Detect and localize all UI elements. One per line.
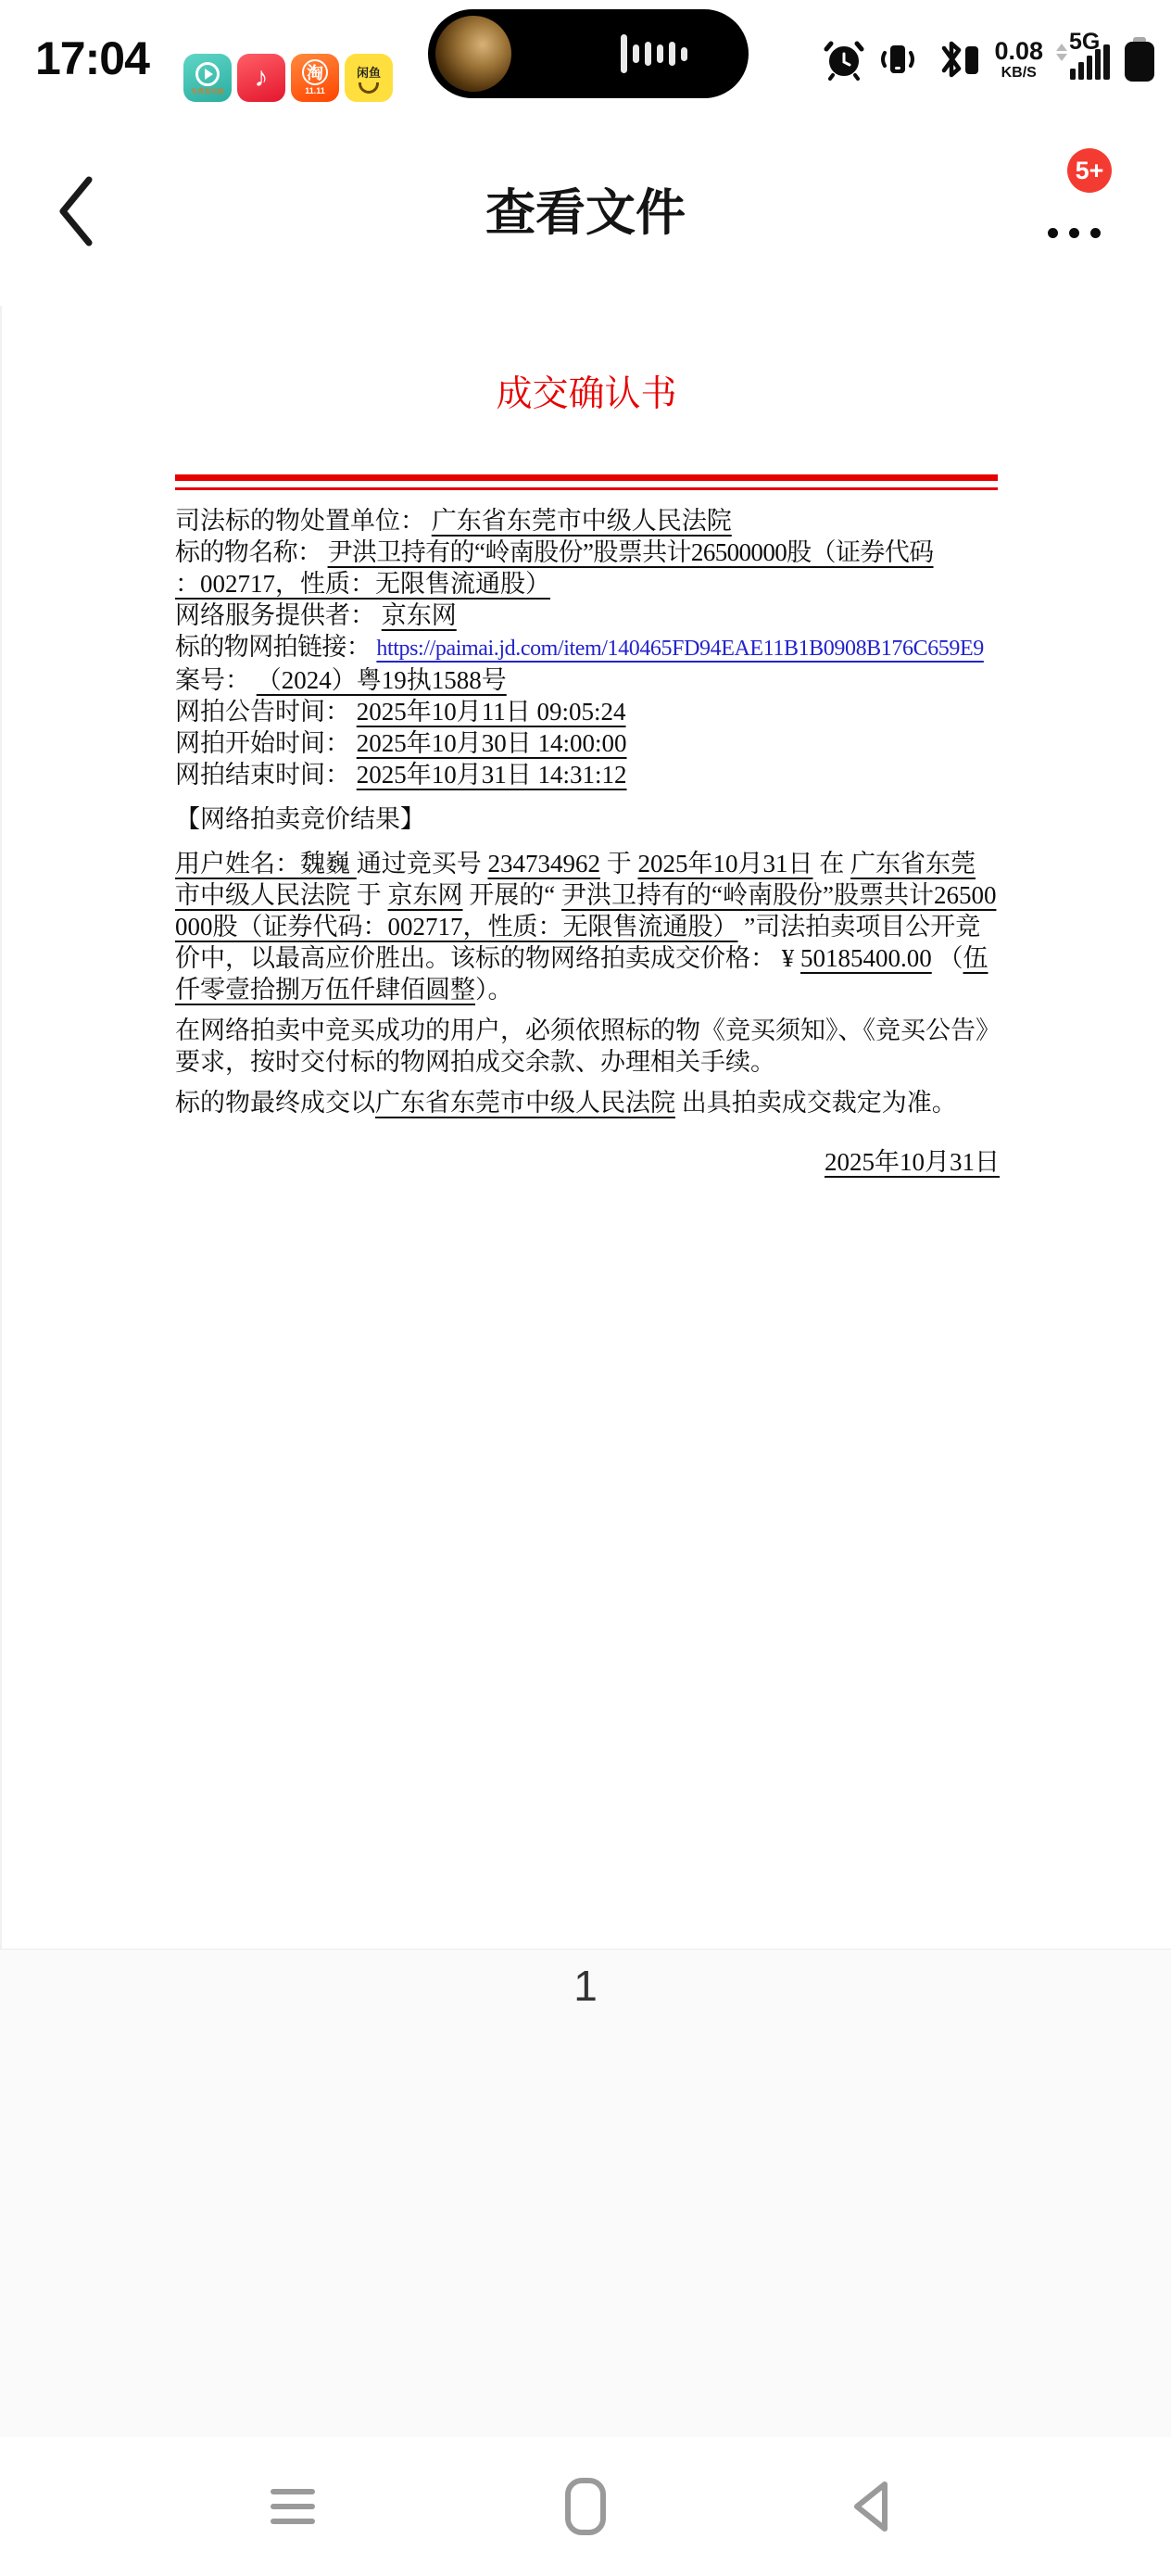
underlined-value: 50185400.00 (800, 944, 932, 972)
video-app-caption: 免费看短剧 (191, 87, 224, 97)
doc-text: 出具拍卖成交裁定为准。 (675, 1089, 957, 1117)
para-final: 标的物最终成交以广东省东莞市中级人民法院 出具拍卖成交裁定为准。 (175, 1087, 1000, 1118)
page-title: 查看文件 (0, 120, 1171, 306)
doc-text: 标的物名称： (175, 538, 328, 566)
underlined-value: 2025年10月11日 09:05:24 (357, 698, 626, 726)
network-speed-unit: KB/S (994, 66, 1043, 81)
underlined-value: 尹洪卫持有的“岭南股份”股票共计26500000股（证券代码 (328, 538, 934, 566)
doc-text: （ (932, 944, 963, 972)
data-arrows-icon (1056, 44, 1067, 61)
notification-badge: 5+ (1067, 148, 1112, 193)
line-announce-time: 网拍公告时间： 2025年10月11日 09:05:24 (175, 696, 1000, 727)
music-note-icon: ♪ (255, 64, 269, 92)
underlined-value: 2025年10月31日 14:31:12 (357, 761, 627, 789)
more-menu-button[interactable] (1048, 228, 1101, 238)
page-number: 1 (573, 1961, 598, 2011)
doc-text: 于 (600, 850, 638, 878)
doc-text: 【网络拍卖竞价结果】 (175, 805, 425, 833)
back-button[interactable] (56, 174, 96, 253)
line-signature-date: 2025年10月31日 (175, 1146, 1000, 1178)
status-bar: 17:04 免费看短剧 ♪ 淘 11.11 闲鱼 (0, 0, 1171, 120)
line-subject-name-cont: ：002717，性质：无限售流通股） (175, 568, 1000, 600)
audio-waveform-icon (621, 34, 687, 73)
android-back-button[interactable] (797, 2437, 945, 2576)
camera-cutout-media-widget[interactable] (428, 9, 749, 98)
play-icon (195, 62, 220, 86)
home-button[interactable] (511, 2437, 660, 2576)
underlined-value: 2025年10月30日 14:00:00 (357, 729, 627, 757)
underlined-value: 用户姓名：魏巍 (175, 850, 357, 878)
document-title: 成交确认书 (2, 371, 1171, 419)
underlined-value: （2024）粤19执1588号 (257, 666, 507, 694)
rule-thin (175, 487, 998, 490)
document-body: 司法标的物处置单位： 广东省东莞市中级人民法院标的物名称： 尹洪卫持有的“岭南股… (175, 505, 1000, 1178)
doc-text: 开展的“ (463, 881, 561, 909)
line-start-time: 网拍开始时间： 2025年10月30日 14:00:00 (175, 727, 1000, 759)
document-page: 成交确认书 司法标的物处置单位： 广东省东莞市中级人民法院标的物名称： 尹洪卫持… (0, 306, 1171, 1949)
cellular-signal: 5G (1056, 40, 1110, 80)
line-result-header: 【网络拍卖竞价结果】 (175, 803, 1000, 835)
underlined-value: 广东省东莞市中级人民法院 (432, 507, 732, 535)
music-app-icon: ♪ (237, 54, 285, 102)
doc-text: 在网络拍卖中竞买成功的用户，必须依照标的物《竞买须知》、《竞买公告》要求，按时交… (175, 1017, 988, 1076)
rule-thick (175, 474, 998, 481)
underlined-value: ：002717，性质：无限售流通股） (175, 570, 550, 598)
para-result: 用户姓名：魏巍 通过竞买号 234734962 于 2025年10月31日 在 … (175, 848, 1000, 1005)
line-auction-link: 标的物网拍链接： https://paimai.jd.com/item/1404… (175, 631, 1000, 664)
page-number-strip: 1 (0, 1949, 1171, 2437)
network-speed: 0.08 KB/S (994, 39, 1043, 81)
doc-text: 通过竞买号 (357, 850, 488, 878)
xianyu-label: 闲鱼 (357, 66, 381, 81)
underlined-value: 广东省东莞市中级人民法院 (375, 1089, 675, 1117)
auction-item-link[interactable]: https://paimai.jd.com/item/140465FD94EAE… (376, 637, 984, 661)
doc-text: 网拍公告时间： (175, 698, 357, 726)
app-header: 查看文件 5+ (0, 120, 1171, 306)
doc-text: ）。 (475, 976, 513, 1004)
video-app-icon: 免费看短剧 (183, 54, 232, 102)
network-type-label: 5G (1069, 29, 1100, 56)
doc-text: 网拍开始时间： (175, 729, 357, 757)
bluetooth-battery-icon (931, 37, 981, 82)
underlined-value: 2025年10月31日 (825, 1148, 1000, 1176)
sim2-signal-icon (1103, 44, 1110, 80)
double-rule (175, 474, 998, 490)
underlined-value: 京东网 (388, 881, 463, 909)
taobao-logo: 淘 (302, 59, 328, 85)
doc-text: 标的物最终成交以 (175, 1089, 375, 1117)
clock-time: 17:04 (35, 32, 149, 85)
vibrate-icon (877, 38, 918, 81)
status-icons: 0.08 KB/S 5G (824, 37, 1154, 82)
recents-button[interactable] (219, 2437, 367, 2576)
underlined-value: 234734962 (488, 850, 601, 878)
doc-text: 网络服务提供者： (175, 601, 382, 629)
line-disposal-unit: 司法标的物处置单位： 广东省东莞市中级人民法院 (175, 505, 1000, 537)
doc-text: 在 (813, 850, 851, 878)
system-nav-bar (0, 2437, 1171, 2576)
line-case-number: 案号： （2024）粤19执1588号 (175, 664, 1000, 696)
network-speed-value: 0.08 (994, 39, 1043, 64)
doc-text: 案号： (175, 666, 257, 694)
underlined-value: 京东网 (382, 601, 457, 629)
notification-app-icons: 免费看短剧 ♪ 淘 11.11 闲鱼 (183, 54, 393, 102)
taobao-1111-label: 11.11 (305, 85, 325, 96)
doc-text: 于 (350, 881, 388, 909)
battery-icon (1125, 37, 1154, 82)
line-end-time: 网拍结束时间： 2025年10月31日 14:31:12 (175, 759, 1000, 790)
doc-text: 标的物网拍链接： (175, 633, 376, 661)
line-subject-name: 标的物名称： 尹洪卫持有的“岭南股份”股票共计26500000股（证券代码 (175, 537, 1000, 568)
xianyu-app-icon: 闲鱼 (345, 54, 393, 102)
alarm-icon (824, 38, 864, 81)
album-art (435, 16, 511, 92)
underlined-value: 2025年10月31日 (638, 850, 813, 878)
line-service-provider: 网络服务提供者： 京东网 (175, 600, 1000, 631)
doc-text: 网拍结束时间： (175, 761, 357, 789)
para-obligation: 在网络拍卖中竞买成功的用户，必须依照标的物《竞买须知》、《竞买公告》要求，按时交… (175, 1015, 1000, 1078)
taobao-app-icon: 淘 11.11 (291, 54, 339, 102)
fish-smile-icon (359, 82, 379, 94)
doc-text: 司法标的物处置单位： (175, 507, 432, 535)
